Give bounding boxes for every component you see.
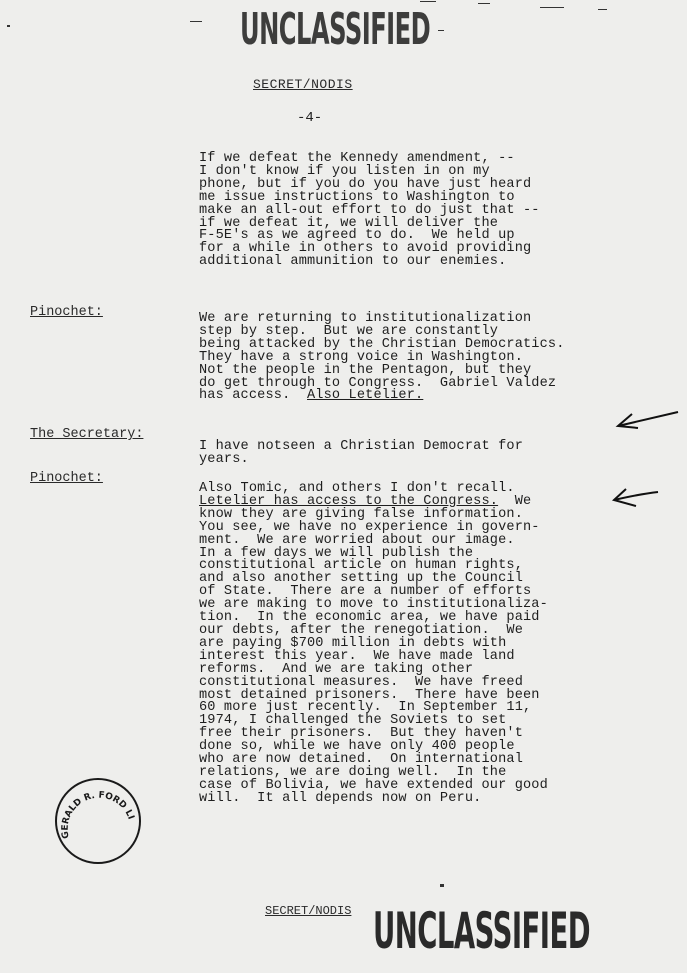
scan-speck: [478, 3, 490, 4]
scan-speck: [440, 884, 444, 887]
unclassified-stamp-bottom: UNCLASSIFIED: [373, 906, 590, 956]
document-page: UNCLASSIFIED SECRET/NODIS -4- If we defe…: [0, 0, 687, 973]
paragraph-pinochet-2: Also Tomic, and others I don't recall. L…: [199, 483, 619, 806]
page-number: -4-: [297, 110, 322, 126]
unclassified-stamp-top: UNCLASSIFIED: [240, 8, 430, 52]
paragraph-pinochet-1: We are returning to institutionalization…: [199, 313, 619, 403]
scan-speck: [7, 25, 10, 27]
scan-speck: [190, 21, 202, 22]
handwritten-arrow-icon: [612, 408, 682, 432]
speaker-label-secretary: The Secretary:: [30, 427, 143, 442]
handwritten-arrow-icon: [610, 486, 670, 512]
classification-header: SECRET/NODIS: [253, 77, 353, 92]
speaker-label-pinochet: Pinochet:: [30, 471, 103, 486]
library-seal-stamp: GERALD R. FORD LIBRARY: [55, 778, 141, 864]
svg-text:GERALD R. FORD LIBRARY: GERALD R. FORD LIBRARY: [57, 780, 136, 839]
classification-footer: SECRET/NODIS: [265, 904, 351, 918]
text-line: has access. Also Letelier.: [199, 388, 423, 403]
paragraph-secretary: I have notseen a Christian Democrat for …: [199, 441, 619, 467]
paragraph-continuation: If we defeat the Kennedy amendment, -- I…: [199, 153, 619, 269]
scan-speck: [438, 30, 444, 31]
underlined-phrase: Also Letelier.: [307, 388, 423, 403]
text-line: years.: [199, 452, 249, 467]
scan-speck: [540, 7, 564, 8]
scan-speck: [598, 9, 607, 10]
text-line: will. It all depends now on Peru.: [199, 791, 481, 806]
seal-icon: GERALD R. FORD LIBRARY: [57, 780, 139, 862]
text-line: additional ammunition to our enemies.: [199, 254, 506, 269]
speaker-label-pinochet: Pinochet:: [30, 305, 103, 320]
scan-speck: [420, 1, 436, 2]
